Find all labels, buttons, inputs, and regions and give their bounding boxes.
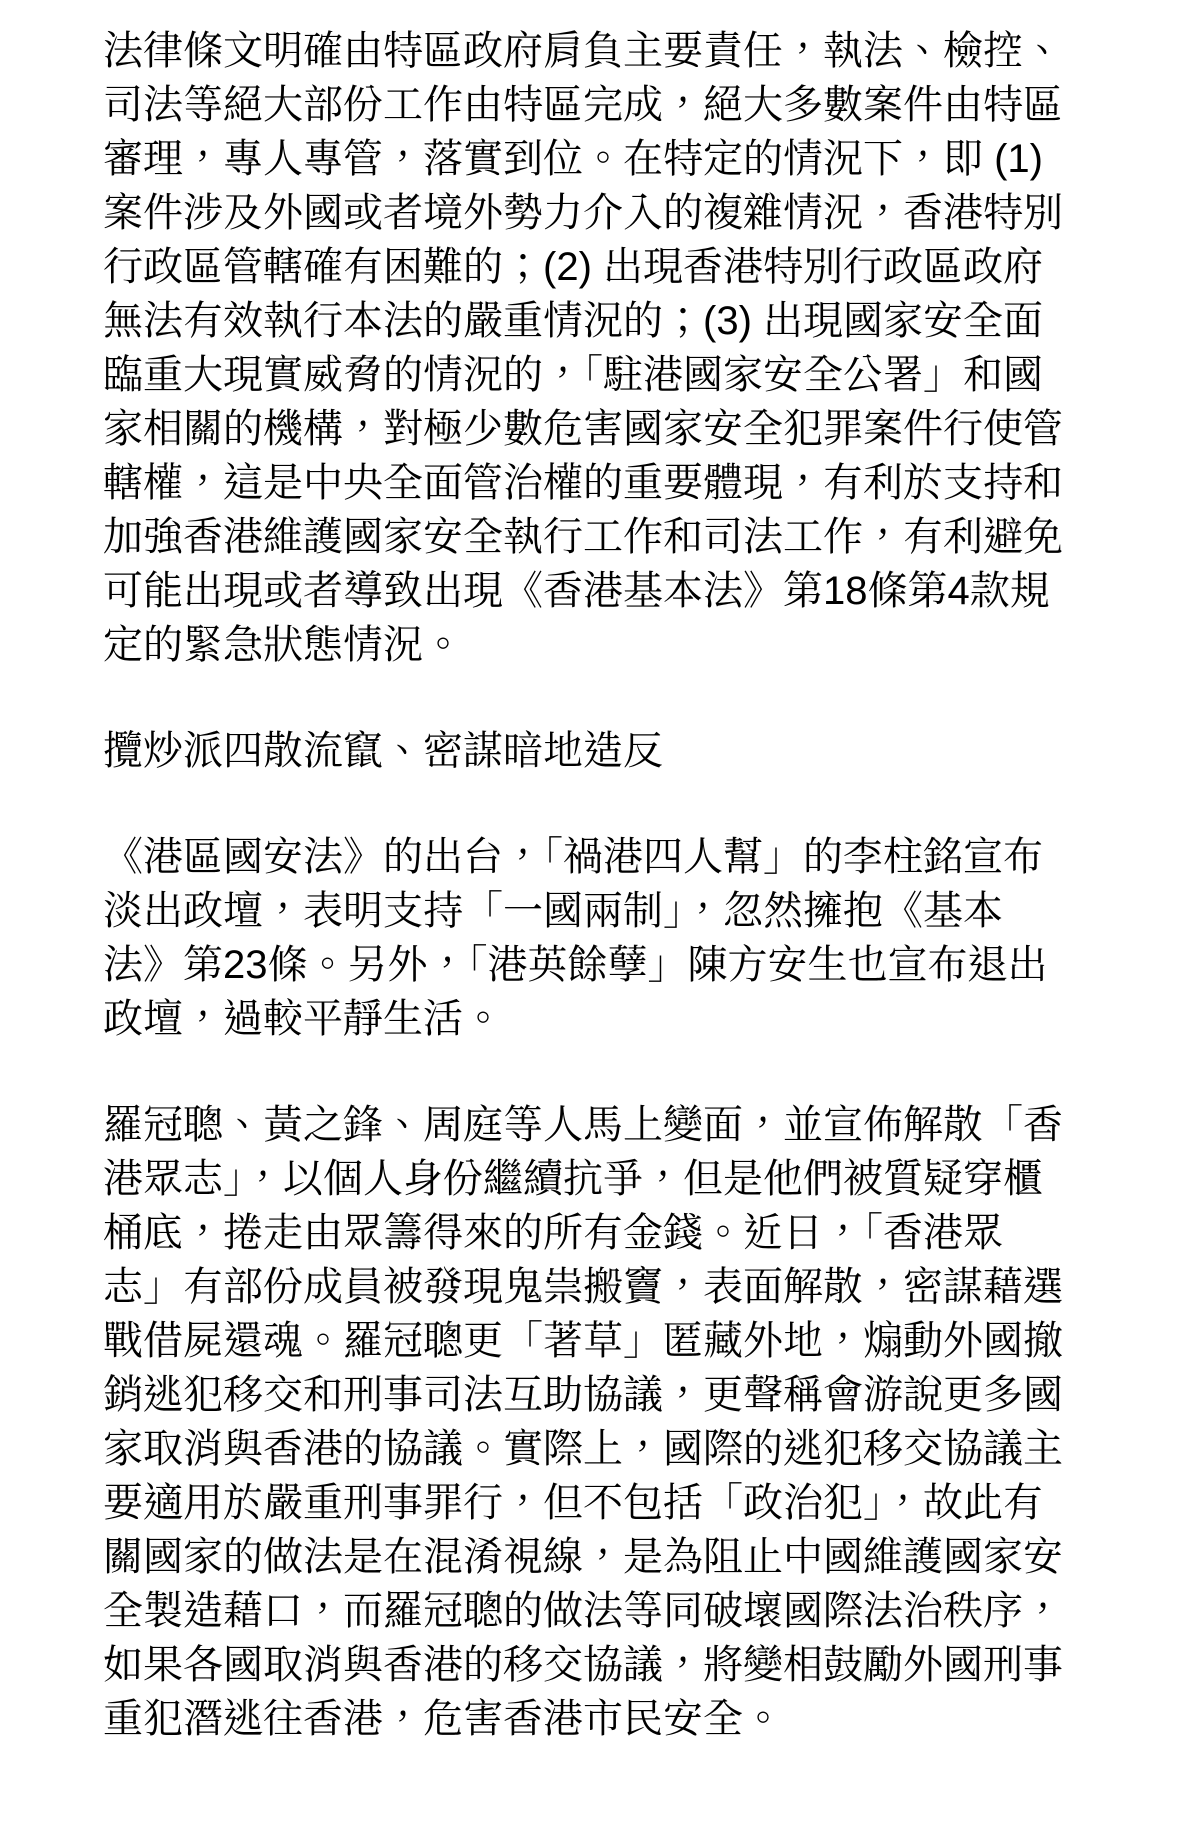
section-heading: 攬炒派四散流竄、密謀暗地造反 xyxy=(103,724,1187,778)
paragraph-jurisdiction: 法律條文明確由特區政府肩負主要責任，執法、檢控、 司法等絕大部份工作由特區完成，… xyxy=(103,24,1187,672)
article-page: 法律條文明確由特區政府肩負主要責任，執法、檢控、 司法等絕大部份工作由特區完成，… xyxy=(0,0,1187,1822)
paragraph-politicians-retreat: 《港區國安法》的出台，「禍港四人幫」的李柱銘宣布 淡出政壇，表明支持「一國兩制」… xyxy=(103,830,1187,1046)
paragraph-activists-flee: 羅冠聰、黃之鋒、周庭等人馬上變面，並宣佈解散「香 港眾志」，以個人身份繼續抗爭，… xyxy=(103,1098,1187,1746)
